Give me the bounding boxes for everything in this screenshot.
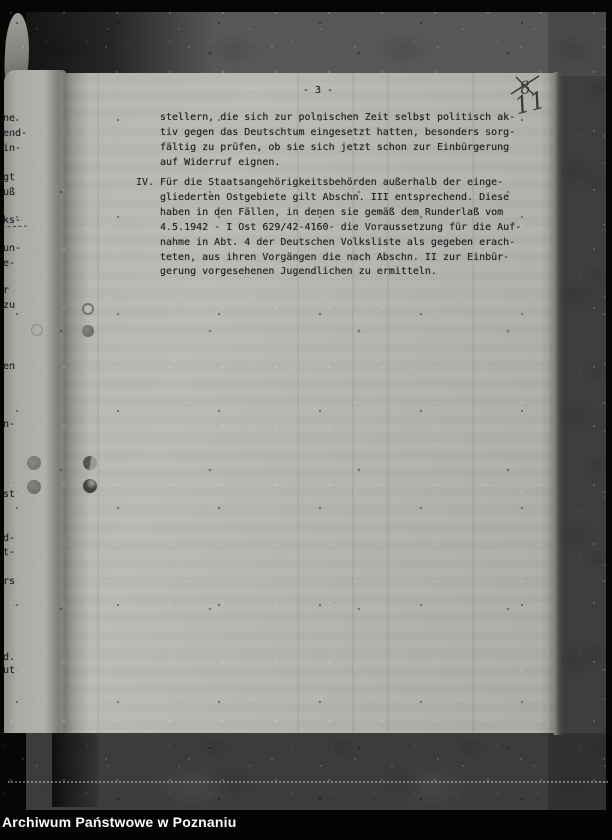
page-gutter-shadow (44, 70, 90, 733)
punch-hole (83, 479, 97, 493)
folio-number: 11 (512, 86, 548, 121)
text-line: Für die Staatsangehörigkeitsbehörden auß… (160, 176, 540, 191)
text-line: tiv gegen das Deutschtum eingesetzt hatt… (160, 126, 540, 141)
paragraph-2: IV. Für die Staatsangehörigkeitsbehörden… (160, 176, 540, 280)
text-fragment: un- (3, 242, 21, 257)
text-line: gerung vorgesehenen Jugendlichen zu ermi… (160, 265, 540, 280)
page-number: - 3 - (303, 84, 333, 99)
section-label: IV. (136, 176, 154, 191)
page-stack-edge (554, 72, 563, 735)
punch-hole (82, 303, 94, 315)
document-body: stellern, die sich zur polnischen Zeit s… (160, 111, 540, 280)
text-fragment: d- (3, 532, 15, 547)
text-fragment: zu (3, 299, 15, 314)
text-line: nahme in Abt. 4 der Deutschen Volksliste… (160, 236, 540, 251)
text-line: gliederten Ostgebiete gilt Abschn. III e… (160, 191, 540, 206)
text-line: teten, aus ihren Vorgängen die nach Absc… (160, 251, 540, 266)
text-fragment: e- (3, 257, 15, 272)
text-line: 4.5.1942 - I Ost 629/42-4160- die Voraus… (160, 221, 540, 236)
punch-hole (27, 456, 41, 470)
text-fragment: uß (3, 186, 15, 201)
text-fragment: end- (3, 127, 27, 142)
page-crease (97, 73, 100, 733)
gutter-bottom-shadow (52, 733, 98, 807)
text-fragment: gt (3, 171, 15, 186)
text-line: fältig zu prüfen, ob sie sich jetzt scho… (160, 141, 540, 156)
punch-hole (31, 324, 43, 336)
text-fragment: r (3, 284, 9, 299)
text-fragment: ne (3, 112, 15, 127)
handwritten-annotations: 8 11 (503, 68, 558, 123)
film-scratch-dotted-line (8, 781, 608, 783)
text-fragment: in- (3, 142, 21, 157)
text-fragment: t- (3, 546, 15, 561)
archive-watermark: Archiwum Państwowe w Poznaniu (2, 814, 237, 830)
punch-hole (27, 480, 41, 494)
text-line: haben in den Fällen, in denen sie gemäß … (160, 206, 540, 221)
punch-hole (82, 325, 94, 337)
text-fragment: en (3, 360, 15, 375)
text-fragment: ut (3, 664, 15, 679)
photo-border-bottom: Archiwum Państwowe w Poznaniu (0, 810, 612, 840)
photo-border-top (0, 0, 612, 12)
punch-hole (83, 456, 97, 470)
text-fragment: rs (3, 575, 15, 590)
text-fragment: st (3, 488, 15, 503)
archival-photo: ne end- in- gt uß ks- un- e- r zu en n- … (0, 0, 612, 840)
text-line: auf Widerruf eignen. (160, 156, 540, 171)
text-line: stellern, die sich zur polnischen Zeit s… (160, 111, 540, 126)
left-page-fragments: ne end- in- gt uß ks- un- e- r zu en n- … (3, 0, 33, 700)
text-fragment: n- (3, 418, 15, 433)
paragraph-1: stellern, die sich zur polnischen Zeit s… (160, 111, 540, 170)
